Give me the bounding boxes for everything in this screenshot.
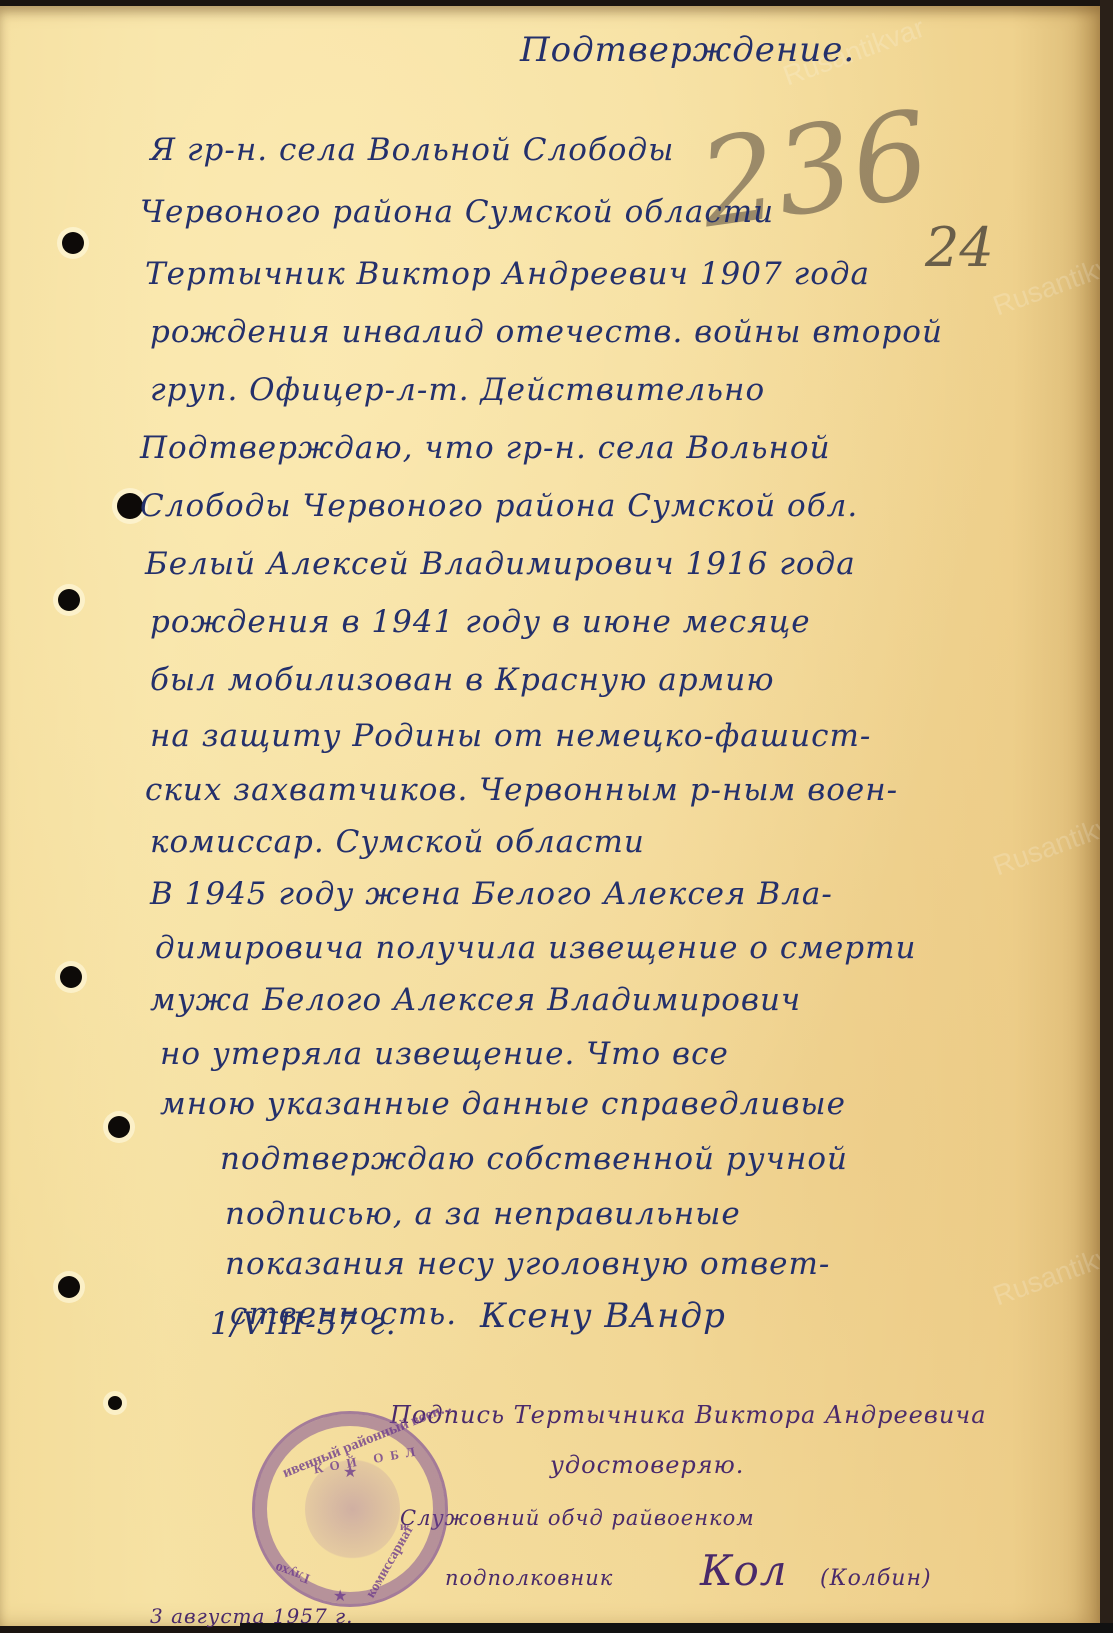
body-line: рождения инвалид отечеств. войны второй xyxy=(150,314,943,350)
stamp-prefix-text: Глухо xyxy=(273,1558,312,1585)
document-sheet: Rusantikvar Rusantikvar Rusantikvar Rusa… xyxy=(0,6,1100,1626)
watermark: Rusantikvar xyxy=(989,1232,1113,1313)
applicant-signature: Ксену ВАндр xyxy=(480,1296,726,1336)
body-line: на защиту Родины от немецко-фашист- xyxy=(150,718,871,754)
body-line: груп. Офицер-л-т. Действительно xyxy=(150,372,765,408)
official-signature: Кол xyxy=(700,1546,788,1595)
body-line: показания несу уголовную ответ- xyxy=(225,1246,830,1282)
star-icon: ★ xyxy=(333,1586,347,1606)
body-line: мною указанные данные справедливые xyxy=(160,1086,846,1122)
official-rank: подполковник xyxy=(445,1566,613,1590)
body-line: В 1945 году жена Белого Алексея Вла- xyxy=(150,876,833,912)
statement-date: 1/VIII-57 г. xyxy=(210,1306,397,1342)
archive-number-pencil-secondary: 24 xyxy=(925,216,994,279)
official-stamp: ивенный районный воен... КОЙ ОБЛ комисса… xyxy=(252,1411,448,1607)
body-line: Белый Алексей Владимирович 1916 года xyxy=(145,546,856,582)
body-line: подписью, а за неправильные xyxy=(225,1196,741,1232)
body-line: подтверждаю собственной ручной xyxy=(220,1141,848,1177)
certification-line: Подпись Тертычника Виктора Андреевича xyxy=(390,1401,987,1429)
body-line: но утеряла извещение. Что все xyxy=(160,1036,729,1072)
body-line: Червоного района Сумской области xyxy=(140,194,774,230)
watermark: Rusantikvar xyxy=(989,802,1113,883)
stamp-connector: и xyxy=(400,1519,407,1534)
body-line: Подтверждаю, что гр-н. села Вольной xyxy=(140,430,831,466)
body-line: Слободы Червоного района Сумской обл. xyxy=(140,488,858,524)
body-line: Я гр-н. села Вольной Слободы xyxy=(150,132,674,168)
body-line: ских захватчиков. Червонным р-ным воен- xyxy=(145,772,898,808)
body-line: Тертычник Виктор Андреевич 1907 года xyxy=(145,256,870,292)
official-name: (Колбин) xyxy=(820,1566,932,1591)
punch-hole xyxy=(62,232,84,254)
body-line: димировича получила извещение о смерти xyxy=(155,930,916,966)
punch-hole xyxy=(108,1396,122,1410)
body-line: комиссар. Сумской области xyxy=(150,824,645,860)
punch-hole xyxy=(58,589,80,611)
certification-line: удостоверяю. xyxy=(550,1451,744,1479)
body-line: был мобилизован в Красную армию xyxy=(150,662,775,698)
official-title: Служовний обчд райвоенком xyxy=(400,1506,755,1530)
punch-hole xyxy=(60,966,82,988)
star-icon: ★ xyxy=(343,1462,357,1482)
scan-edge xyxy=(240,1623,1113,1633)
document-title: Подтверждение. xyxy=(520,30,855,70)
body-line: мужа Белого Алексея Владимирович xyxy=(150,982,801,1018)
watermark: Rusantikvar xyxy=(989,242,1113,323)
punch-hole xyxy=(58,1276,80,1298)
scan-edge xyxy=(1100,0,1113,1633)
punch-hole xyxy=(108,1116,130,1138)
body-line: рождения в 1941 году в июне месяце xyxy=(150,604,811,640)
